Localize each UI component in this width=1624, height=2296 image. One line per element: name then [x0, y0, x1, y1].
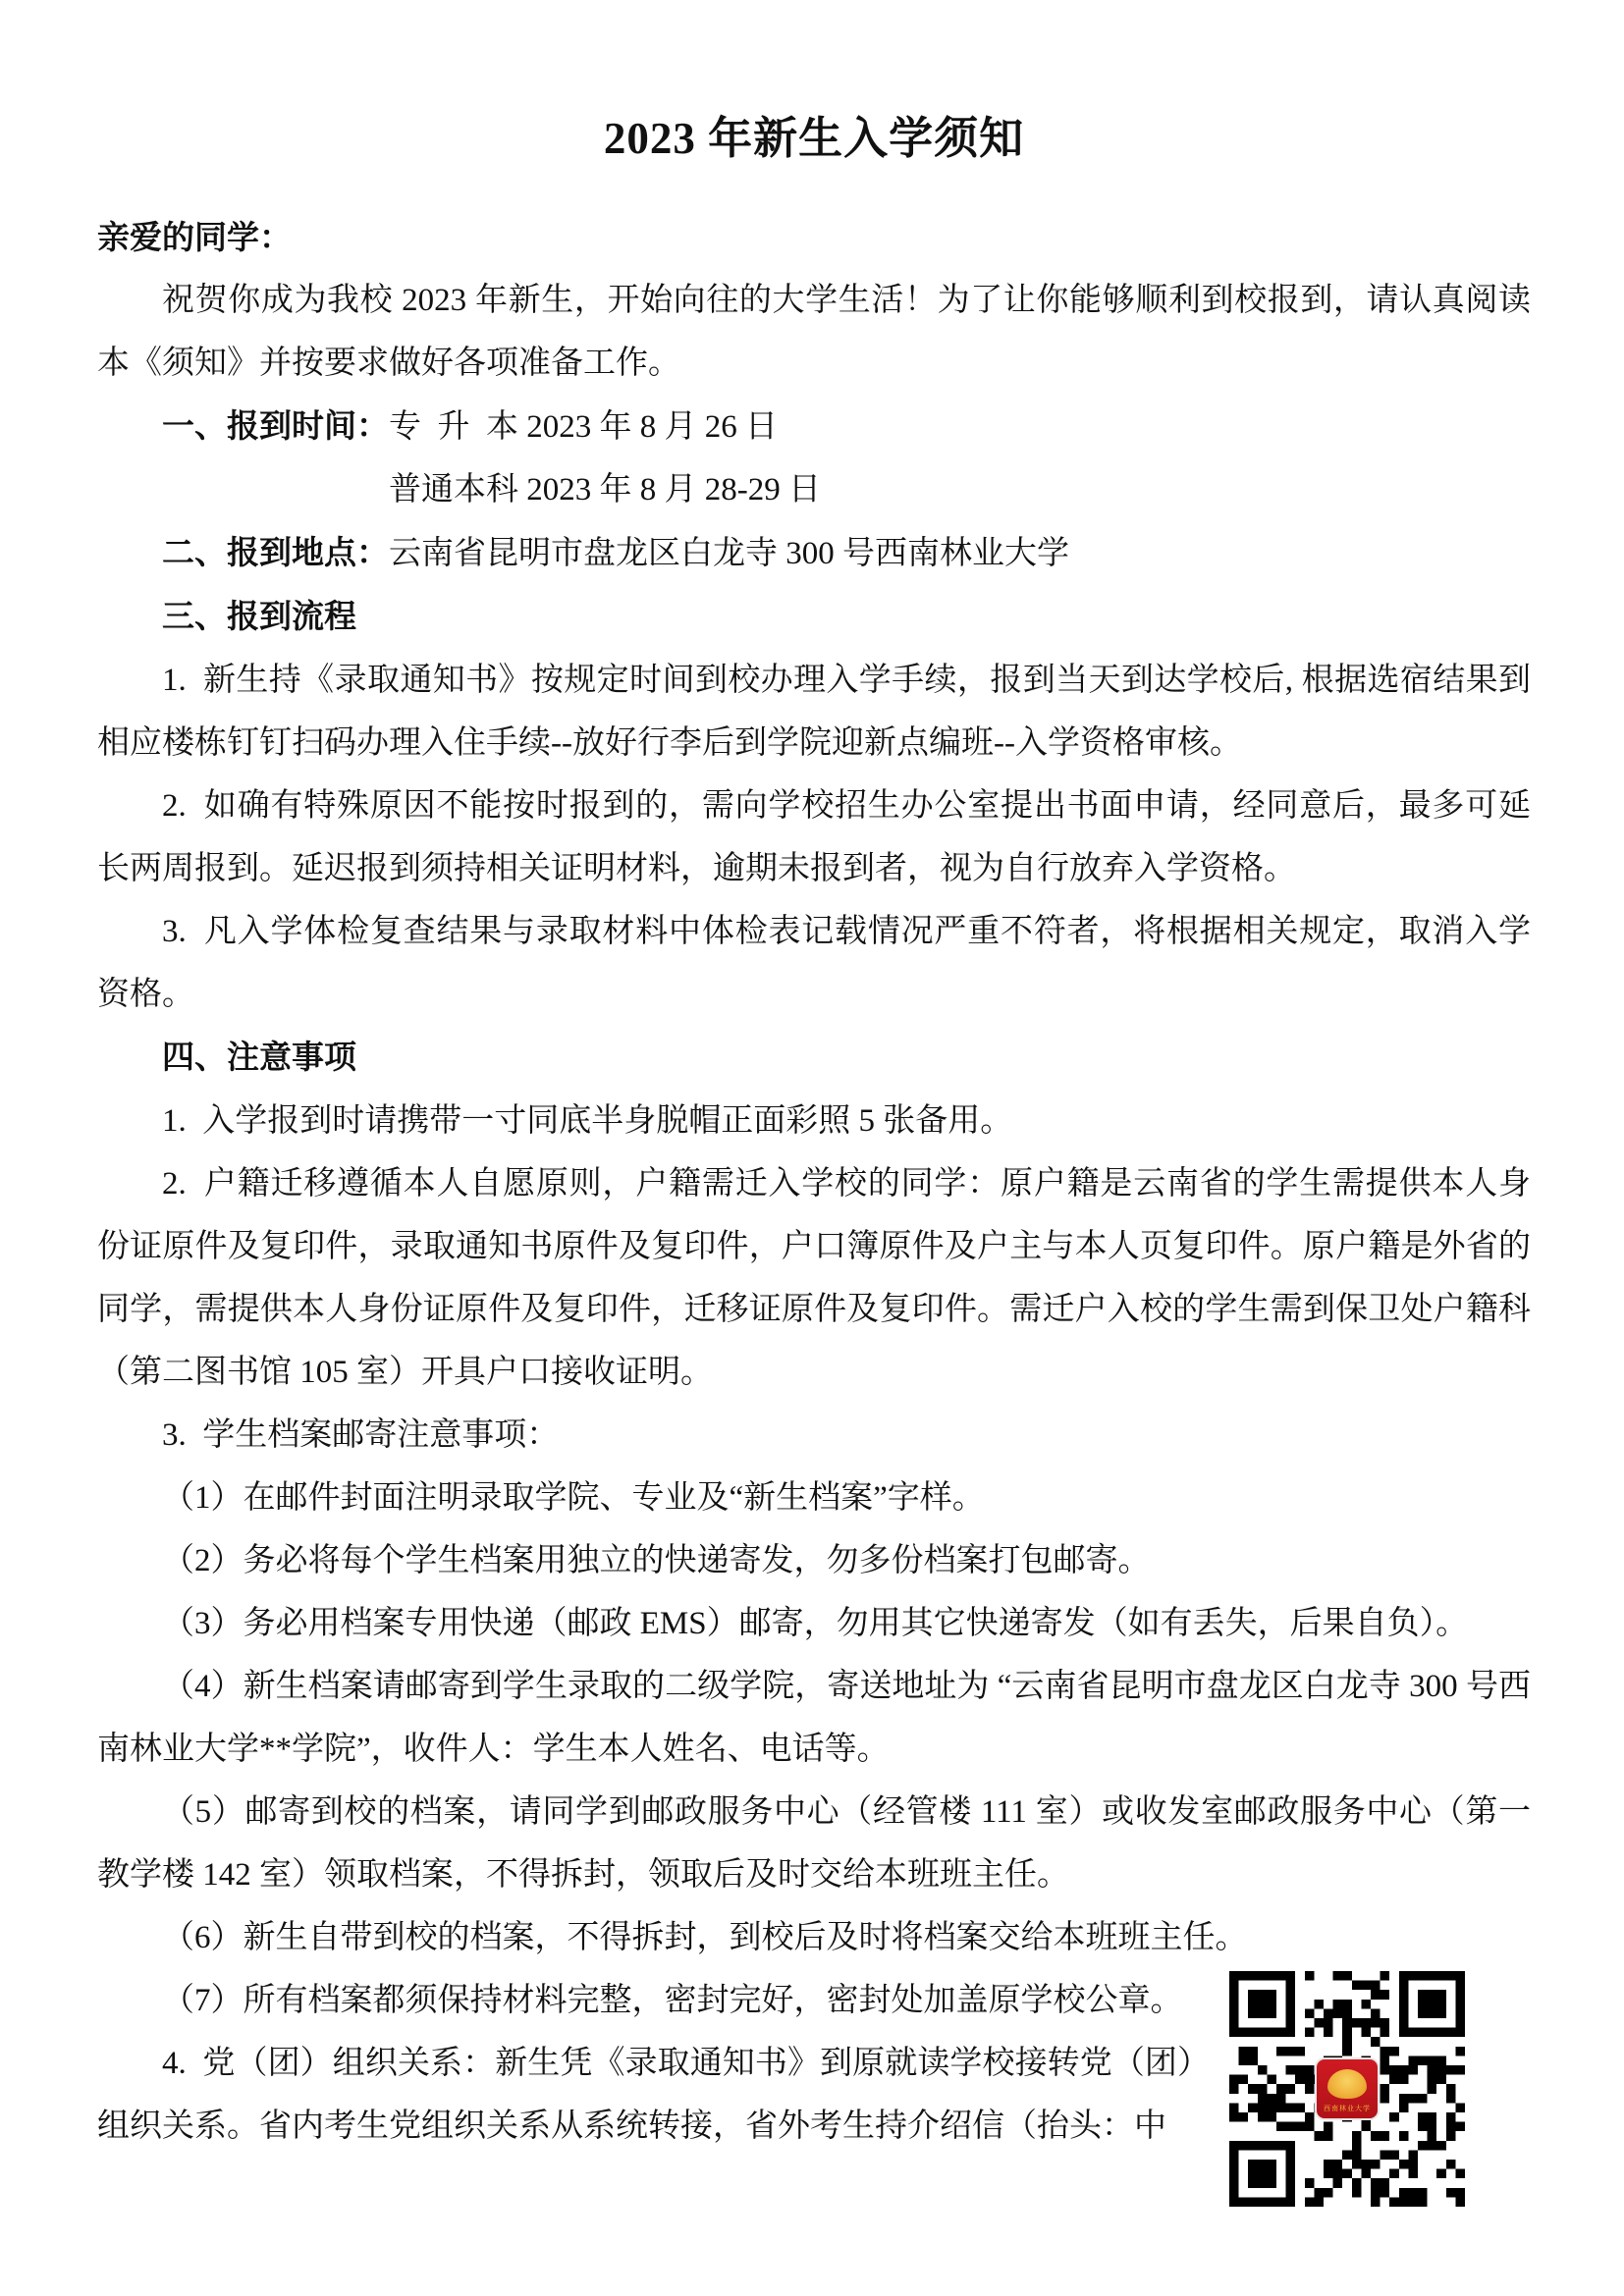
qrcode-logo-text: 西南林业大学 — [1324, 2105, 1371, 2113]
archive-note-6: （6）新生自带到校的档案，不得拆封，到校后及时将档案交给本班班主任。 — [97, 1906, 1531, 1969]
procedure-item-3: 3. 凡入学体检复查结果与录取材料中体检表记载情况严重不符者，将根据相关规定，取… — [97, 900, 1531, 1026]
section-report-procedure: 三、报到流程 — [97, 585, 1531, 649]
notes-item-3: 3. 学生档案邮寄注意事项： — [97, 1404, 1531, 1467]
procedure-item-2: 2. 如确有特殊原因不能按时报到的，需向学校招生办公室提出书面申请，经同意后，最… — [97, 774, 1531, 900]
archive-note-5: （5）邮寄到校的档案，请同学到邮政服务中心（经管楼 111 室）或收发室邮政服务… — [97, 1781, 1531, 1906]
section-report-procedure-label: 三、报到流程 — [162, 598, 356, 634]
section-notes-label: 四、注意事项 — [162, 1039, 356, 1075]
section-report-place-label: 二、报到地点： — [162, 534, 389, 570]
procedure-item-1: 1. 新生持《录取通知书》按规定时间到校办理入学手续，报到当天到达学校后, 根据… — [97, 649, 1531, 774]
qrcode: 西南林业大学 — [1229, 1971, 1465, 2207]
report-time-zsb: 专 升 本 2023 年 8 月 26 日 — [389, 409, 778, 445]
intro-paragraph: 祝贺你成为我校 2023 年新生，开始向往的大学生活！为了让你能够顺利到校报到，… — [97, 269, 1531, 395]
archive-note-4: （4）新生档案请邮寄到学生录取的二级学院，寄送地址为 “云南省昆明市盘龙区白龙寺… — [97, 1655, 1531, 1781]
report-time-benke: 普通本科 2023 年 8 月 28-29 日 — [97, 458, 1531, 521]
notes-item-1: 1. 入学报到时请携带一寸同底半身脱帽正面彩照 5 张备用。 — [97, 1090, 1531, 1152]
notes-item-2: 2. 户籍迁移遵循本人自愿原则，户籍需迁入学校的同学：原户籍是云南省的学生需提供… — [97, 1152, 1531, 1404]
archive-note-1: （1）在邮件封面注明录取学院、专业及“新生档案”字样。 — [97, 1467, 1531, 1529]
university-emblem-icon — [1327, 2069, 1367, 2099]
archive-note-2: （2）务必将每个学生档案用独立的快递寄发，勿多份档案打包邮寄。 — [97, 1529, 1531, 1592]
document-page: 2023 年新生入学须知 亲爱的同学： 祝贺你成为我校 2023 年新生，开始向… — [0, 0, 1624, 2296]
report-place-value: 云南省昆明市盘龙区白龙寺 300 号西南林业大学 — [389, 536, 1069, 571]
section-report-time: 一、报到时间：专 升 本 2023 年 8 月 26 日 — [97, 395, 1531, 458]
section-report-place: 二、报到地点：云南省昆明市盘龙区白龙寺 300 号西南林业大学 — [97, 521, 1531, 585]
section-notes: 四、注意事项 — [97, 1026, 1531, 1090]
qrcode-logo: 西南林业大学 — [1315, 2057, 1380, 2120]
salutation: 亲爱的同学： — [97, 206, 1531, 269]
archive-note-3: （3）务必用档案专用快递（邮政 EMS）邮寄，勿用其它快递寄发（如有丢失，后果自… — [97, 1592, 1531, 1655]
section-report-time-label: 一、报到时间： — [162, 407, 389, 444]
page-title: 2023 年新生入学须知 — [97, 106, 1531, 171]
